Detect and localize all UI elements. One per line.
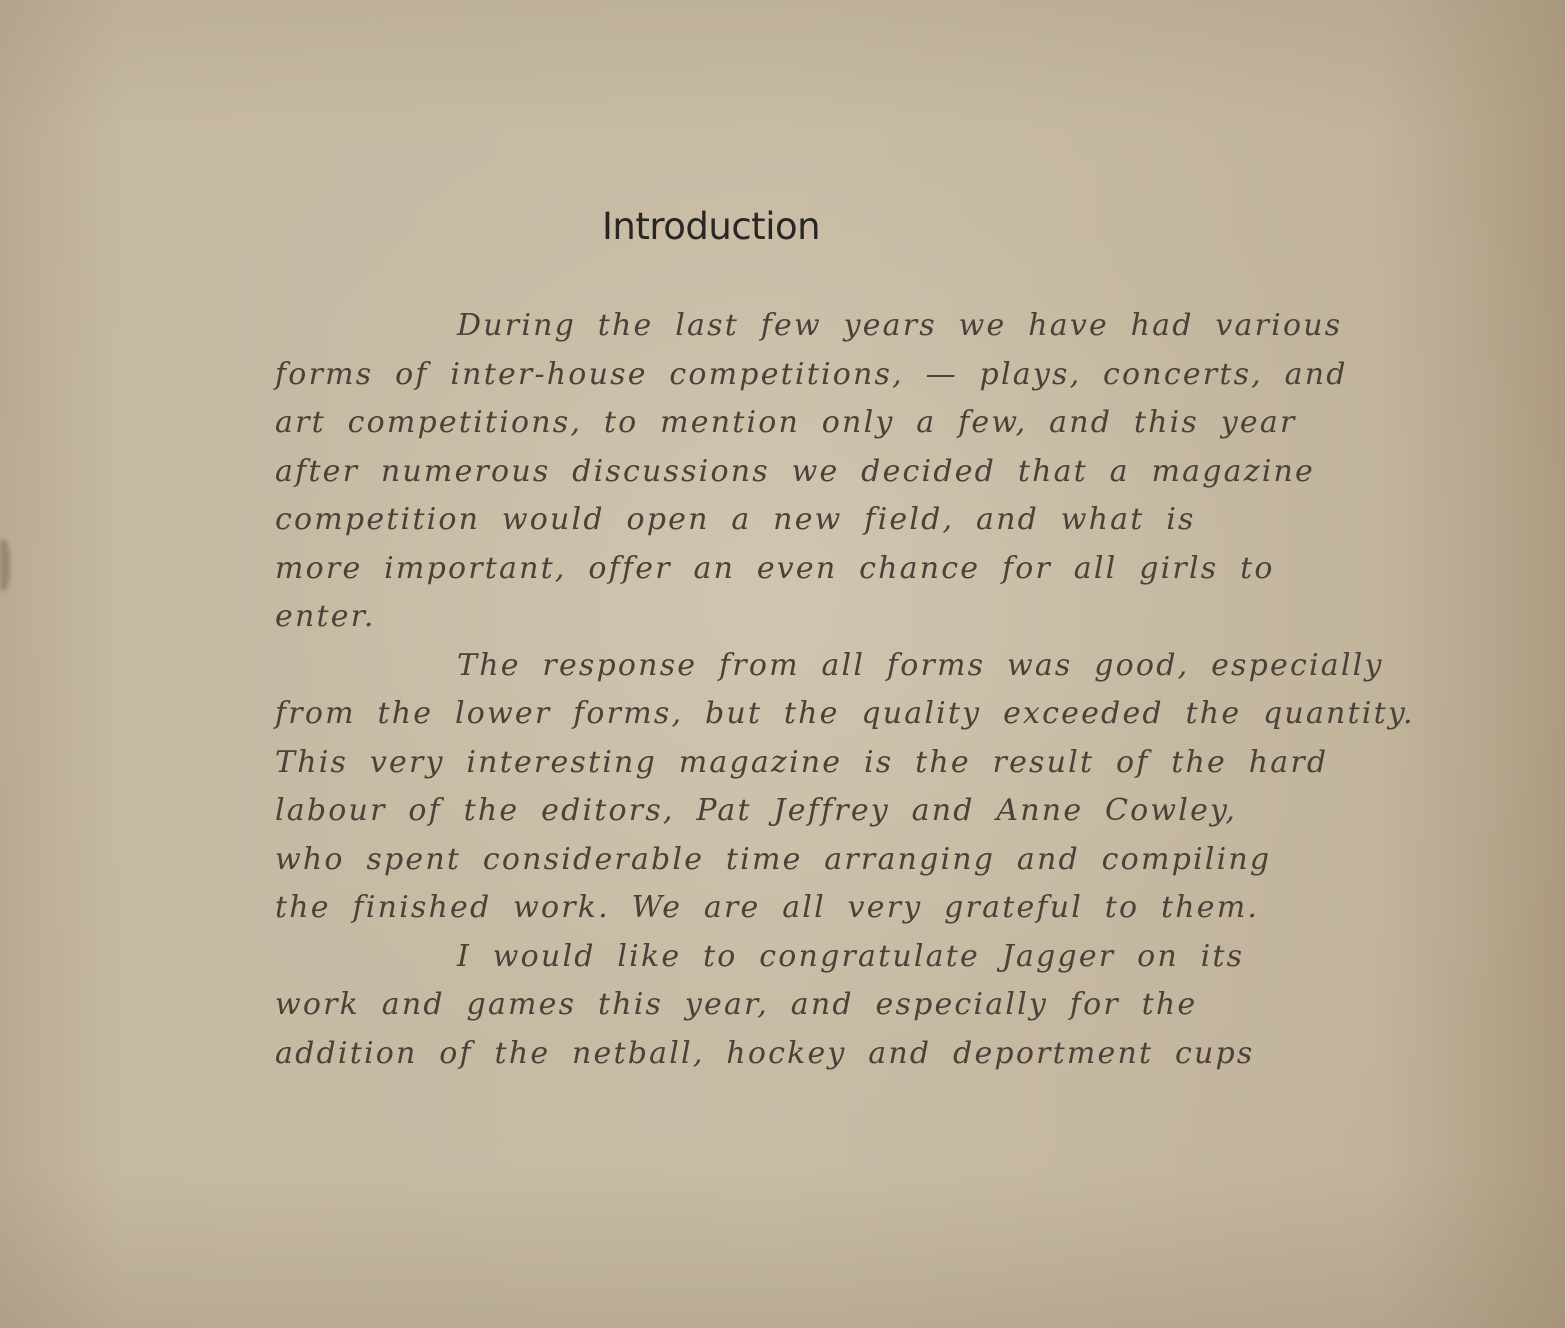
text-line: The response from all forms was good, es… [275,642,1355,691]
text-line: from the lower forms, but the quality ex… [275,690,1355,739]
text-line: labour of the editors, Pat Jeffrey and A… [275,787,1355,836]
text-line: competition would open a new field, and … [275,496,1355,545]
text-line: art competitions, to mention only a few,… [275,399,1355,448]
text-line: after numerous discussions we decided th… [275,448,1355,497]
page-title: Introduction [602,205,820,248]
text-line: work and games this year, and especially… [275,981,1355,1030]
paragraph-2: The response from all forms was good, es… [275,642,1355,933]
text-line: who spent considerable time arranging an… [275,836,1355,885]
paragraph-1: During the last few years we have had va… [275,302,1355,642]
text-line: the finished work. We are all very grate… [275,884,1355,933]
text-line: I would like to congratulate Jagger on i… [275,933,1355,982]
paragraph-3: I would like to congratulate Jagger on i… [275,933,1355,1079]
text-line: forms of inter-house competitions, — pla… [275,351,1355,400]
handwritten-body: During the last few years we have had va… [275,302,1355,1078]
text-line: enter. [275,593,1355,642]
page-edge-stain [0,540,10,590]
text-line: addition of the netball, hockey and depo… [275,1030,1355,1079]
text-line: more important, offer an even chance for… [275,545,1355,594]
scanned-page: Introduction During the last few years w… [0,0,1565,1328]
text-line: During the last few years we have had va… [275,302,1355,351]
text-line: This very interesting magazine is the re… [275,739,1355,788]
